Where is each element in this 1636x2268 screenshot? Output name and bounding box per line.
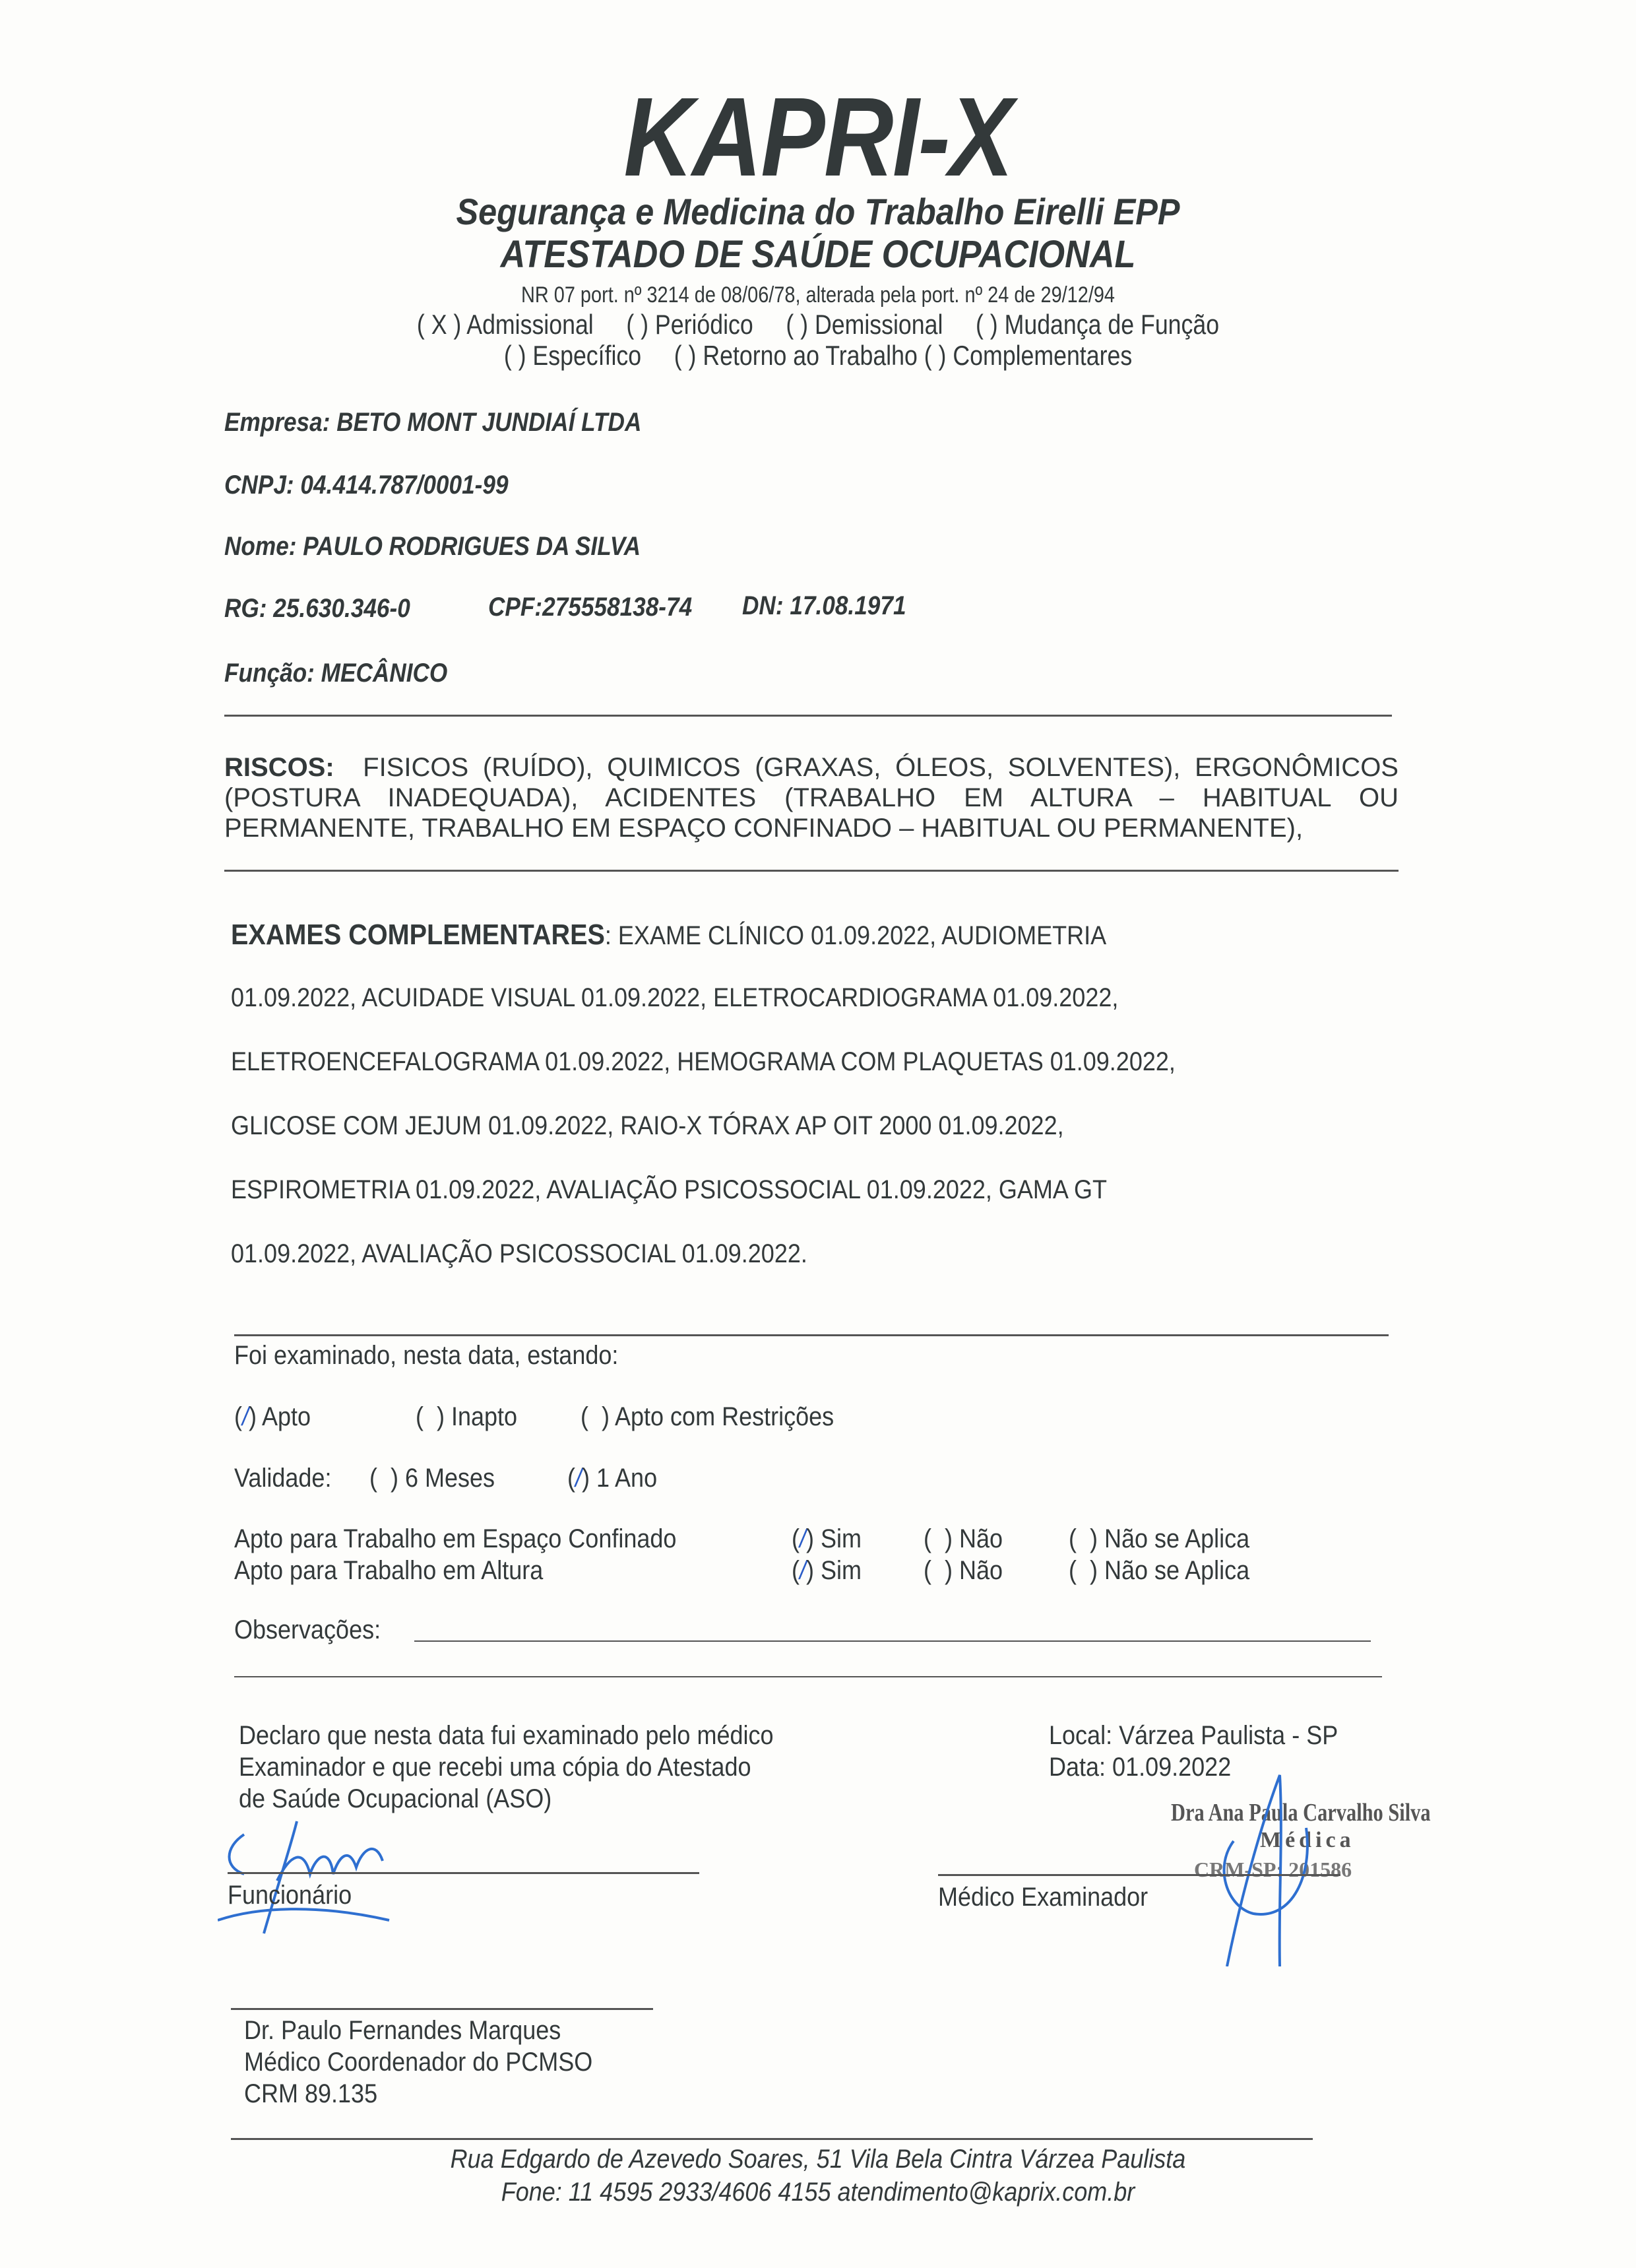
company-logo: KAPRI-X [115, 73, 1522, 202]
altura-nao-option[interactable]: ( ) Não [924, 1556, 1003, 1586]
check-mark-icon: / [800, 1556, 806, 1585]
divider [234, 1334, 1389, 1336]
cnpj-field: CNPJ: 04.414.787/0001-99 [224, 470, 509, 500]
validade-1-ano-option[interactable]: (/) 1 Ano [567, 1464, 657, 1493]
coordinator-signature-line [231, 2008, 653, 2010]
observacoes-label: Observações: [234, 1615, 381, 1645]
exam-types-row-1: ( X ) Admissional ( ) Periódico ( ) Demi… [123, 309, 1513, 340]
nome-field: Nome: PAULO RODRIGUES DA SILVA [224, 532, 641, 562]
company-subtitle: Segurança e Medicina do Trabalho Eirelli… [82, 190, 1554, 233]
local-field: Local: Várzea Paulista - SP [1049, 1721, 1338, 1751]
riscos-label: RISCOS: [224, 753, 334, 782]
exames-label: EXAMES COMPLEMENTARES [231, 919, 605, 951]
funcionario-label: Funcionário [228, 1881, 352, 1910]
exam-types-row-2: ( ) Específico ( ) Retorno ao Trabalho (… [123, 340, 1513, 372]
divider [224, 870, 1399, 872]
coordinator-name: Dr. Paulo Fernandes Marques [244, 2016, 561, 2046]
declaration-line-2: Examinador e que recebi uma cópia do Ate… [239, 1753, 751, 1782]
confinado-nao-option[interactable]: ( ) Não [924, 1524, 1003, 1554]
exames-line-5: ESPIROMETRIA 01.09.2022, AVALIAÇÃO PSICO… [231, 1175, 1107, 1205]
empresa-field: Empresa: BETO MONT JUNDIAÍ LTDA [224, 408, 641, 437]
aptidao-confinado-label: Apto para Trabalho em Espaço Confinado [234, 1524, 676, 1554]
apto-restricoes-option[interactable]: ( ) Apto com Restrições [581, 1402, 834, 1432]
riscos-text: FISICOS (RUÍDO), QUIMICOS (GRAXAS, ÓLEOS… [224, 753, 1399, 843]
employee-signature-line[interactable] [228, 1872, 699, 1874]
coordinator-role: Médico Coordenador do PCMSO [244, 2048, 592, 2077]
norm-reference: NR 07 port. nº 3214 de 08/06/78, alterad… [123, 282, 1513, 308]
exames-line-6: 01.09.2022, AVALIAÇÃO PSICOSSOCIAL 01.09… [231, 1239, 807, 1269]
footer-address: Rua Edgardo de Azevedo Soares, 51 Vila B… [82, 2145, 1554, 2174]
exames-line-4: GLICOSE COM JEJUM 01.09.2022, RAIO-X TÓR… [231, 1111, 1064, 1141]
declaration-line-1: Declaro que nesta data fui examinado pel… [239, 1721, 774, 1751]
divider [224, 715, 1392, 717]
inapto-option[interactable]: ( ) Inapto [416, 1402, 517, 1432]
observacoes-line-2[interactable] [234, 1676, 1382, 1677]
apto-option[interactable]: (/) Apto [234, 1402, 311, 1432]
employee-signature-icon [218, 1808, 455, 1947]
dn-field: DN: 17.08.1971 [742, 591, 906, 621]
funcao-field: Função: MECÂNICO [224, 659, 447, 688]
exames-line-1: EXAMES COMPLEMENTARES: EXAME CLÍNICO 01.… [231, 919, 1106, 952]
doctor-signature-line[interactable] [938, 1874, 1340, 1876]
riscos-section: RISCOS: FISICOS (RUÍDO), QUIMICOS (GRAXA… [224, 752, 1399, 843]
result-intro: Foi examinado, nesta data, estando: [234, 1341, 618, 1371]
doctor-signature-icon [1201, 1768, 1372, 1966]
document-title: ATESTADO DE SAÚDE OCUPACIONAL [82, 232, 1554, 276]
exames-line-3: ELETROENCEFALOGRAMA 01.09.2022, HEMOGRAM… [231, 1047, 1176, 1077]
altura-sim-option[interactable]: (/) Sim [792, 1556, 862, 1586]
check-mark-icon: / [242, 1402, 249, 1431]
footer-contact: Fone: 11 4595 2933/4606 4155 atendimento… [82, 2178, 1554, 2207]
confinado-na-option[interactable]: ( ) Não se Aplica [1069, 1524, 1249, 1554]
medico-examinador-label: Médico Examinador [938, 1883, 1148, 1912]
footer-divider [231, 2138, 1313, 2140]
validade-6-meses-option[interactable]: ( ) 6 Meses [369, 1464, 495, 1493]
confinado-sim-option[interactable]: (/) Sim [792, 1524, 862, 1554]
check-mark-icon: / [800, 1524, 806, 1553]
rg-field: RG: 25.630.346-0 [224, 594, 410, 624]
check-mark-icon: / [575, 1464, 582, 1493]
exames-line-2: 01.09.2022, ACUIDADE VISUAL 01.09.2022, … [231, 983, 1118, 1013]
altura-na-option[interactable]: ( ) Não se Aplica [1069, 1556, 1249, 1586]
observacoes-line[interactable] [414, 1640, 1371, 1642]
cpf-field: CPF:275558138-74 [488, 593, 692, 622]
validade-label: Validade: [234, 1464, 331, 1493]
aptidao-altura-label: Apto para Trabalho em Altura [234, 1556, 543, 1586]
coordinator-crm: CRM 89.135 [244, 2079, 377, 2109]
